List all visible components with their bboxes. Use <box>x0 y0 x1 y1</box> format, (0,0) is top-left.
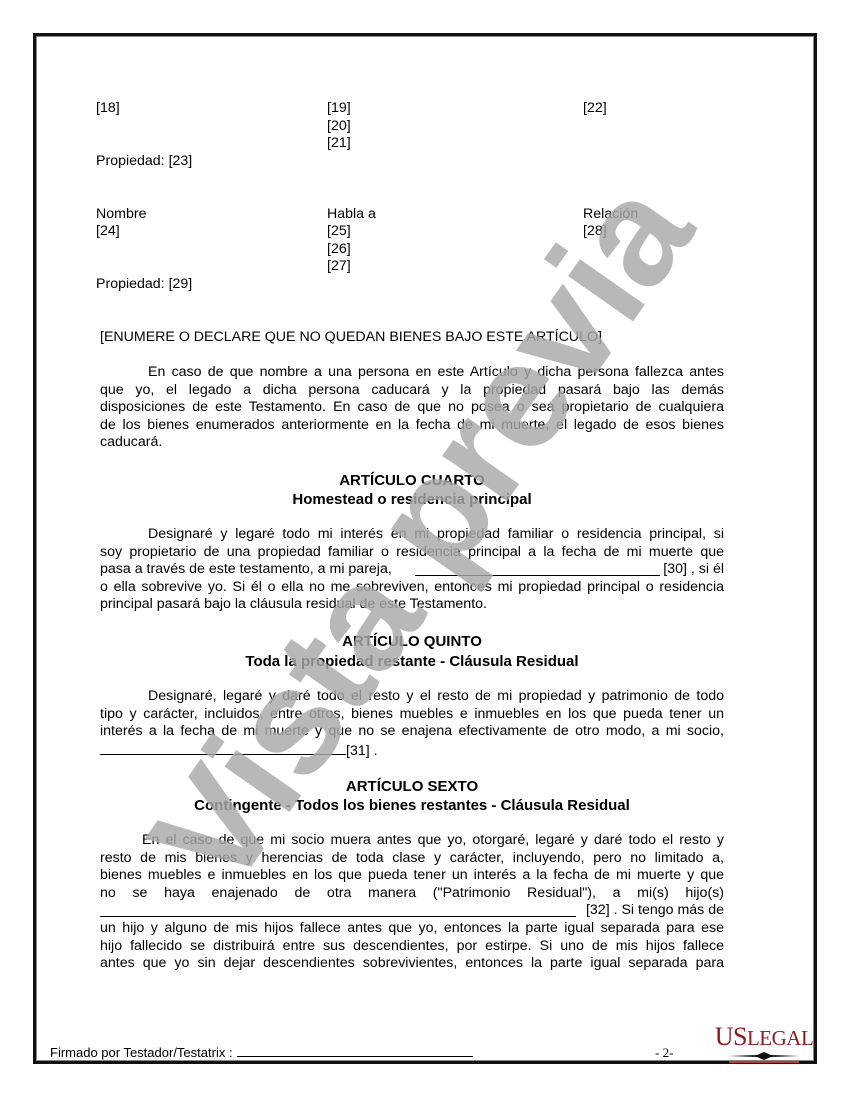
table1-col2-item: [21] <box>327 135 351 153</box>
paragraph-line: soy propietario de una propiedad familia… <box>100 544 724 560</box>
article-4-subtitle: Homestead o residencia principal <box>100 490 724 509</box>
table1-col3-item: [22] <box>583 100 607 118</box>
paragraph-line: caducará. <box>100 434 162 450</box>
paragraph-line: En el caso de que mi socio muera antes q… <box>142 832 724 848</box>
table1-col2-item: [20] <box>327 118 351 136</box>
page-number: - 2- <box>655 1044 673 1062</box>
logo-legal: LEGAL <box>747 1026 813 1050</box>
paragraph-line: Designaré, legaré y daré todo el resto y… <box>148 688 724 704</box>
paragraph-line: tipo y carácter, incluidos, entre otros,… <box>100 706 724 722</box>
paragraph-line: antes que yo sin dejar descendientes sob… <box>100 955 724 971</box>
signature-footer: Firmado por Testador/Testatrix : <box>50 1044 473 1062</box>
paragraph-line: no se haya enajenado de otra manera ("Pa… <box>100 885 724 901</box>
table2-header-speaks-to: Habla a <box>327 206 376 224</box>
table2-col3-item: [28] <box>583 223 607 241</box>
lapse-paragraph: En caso de que nombre a una persona en e… <box>100 364 724 452</box>
paragraph-line: principal pasará bajo la cláusula residu… <box>100 596 487 612</box>
article-5-title: ARTÍCULO QUINTO <box>100 632 724 651</box>
table2-col2-item: [27] <box>327 258 351 276</box>
blank-field-31[interactable] <box>100 741 346 755</box>
paragraph-line: Designaré y legaré todo mi interés en mi… <box>148 526 724 542</box>
article-5-subtitle: Toda la propiedad restante - Cláusula Re… <box>100 652 724 671</box>
signature-label: Firmado por Testador/Testatrix : <box>50 1045 233 1060</box>
table2-col2-item: [25] <box>327 223 351 241</box>
paragraph-line: pasa a través de este testamento, a mi p… <box>100 561 392 577</box>
table2-property: Propiedad: [29] <box>96 276 192 294</box>
paragraph-line: resto de mis bienes y herencias de toda … <box>100 850 724 866</box>
field-marker-31: [31] . <box>346 743 378 759</box>
article-5-paragraph: Designaré, legaré y daré todo el resto y… <box>100 688 724 758</box>
table2-col2-item: [26] <box>327 241 351 259</box>
paragraph-line: hijo fallecido se distribuirá entre sus … <box>100 938 724 954</box>
paragraph-line: bienes muebles e inmuebles en los que pu… <box>100 867 724 883</box>
logo-us: US <box>715 1022 747 1051</box>
table1-col1-item: [18] <box>96 100 120 118</box>
paragraph-line: disposiciones de este Testamento. En cas… <box>100 399 724 415</box>
article-6-title: ARTÍCULO SEXTO <box>100 777 724 796</box>
table1-col2-item: [19] <box>327 100 351 118</box>
paragraph-line: interés a la fecha de mi muerte y que no… <box>100 723 724 739</box>
field-marker-32: [32] . Si tengo más de <box>586 902 724 920</box>
eagle-icon <box>729 1052 799 1060</box>
table2-header-relation: Relación <box>583 206 638 224</box>
logo-wordmark: USLEGAL <box>706 1024 822 1051</box>
field-marker-30: [30] , si él <box>663 561 724 579</box>
article-6-paragraph: En el caso de que mi socio muera antes q… <box>100 832 724 973</box>
table1-property: Propiedad: [23] <box>96 153 192 171</box>
paragraph-line: En caso de que nombre a una persona en e… <box>148 364 724 380</box>
paragraph-line: o ella sobrevive yo. Si él o ella no me … <box>100 579 724 595</box>
blank-field-32[interactable] <box>100 903 576 917</box>
table2-header-name: Nombre <box>96 206 146 224</box>
article-6-subtitle: Contingente - Todos los bienes restantes… <box>100 796 724 815</box>
instruction-text: [ENUMERE O DECLARE QUE NO QUEDAN BIENES … <box>100 329 602 347</box>
article-4-paragraph: Designaré y legaré todo mi interés en mi… <box>100 526 724 614</box>
table2-col1-item: [24] <box>96 223 120 241</box>
uslegal-logo: USLEGAL <box>706 1024 822 1064</box>
paragraph-line: de los bienes enumerados anteriormente e… <box>100 417 724 433</box>
paragraph-line: un hijo y alguno de mis hijos fallece an… <box>100 920 724 936</box>
paragraph-line: que yo, el legado a dicha persona caduca… <box>100 382 724 398</box>
blank-field-30[interactable] <box>415 562 660 576</box>
document-page: [18] [19] [20] [21] [22] Propiedad: [23]… <box>0 0 850 1100</box>
signature-line[interactable] <box>237 1045 473 1057</box>
article-4-title: ARTÍCULO CUARTO <box>100 471 724 490</box>
logo-tagline <box>729 1061 799 1063</box>
